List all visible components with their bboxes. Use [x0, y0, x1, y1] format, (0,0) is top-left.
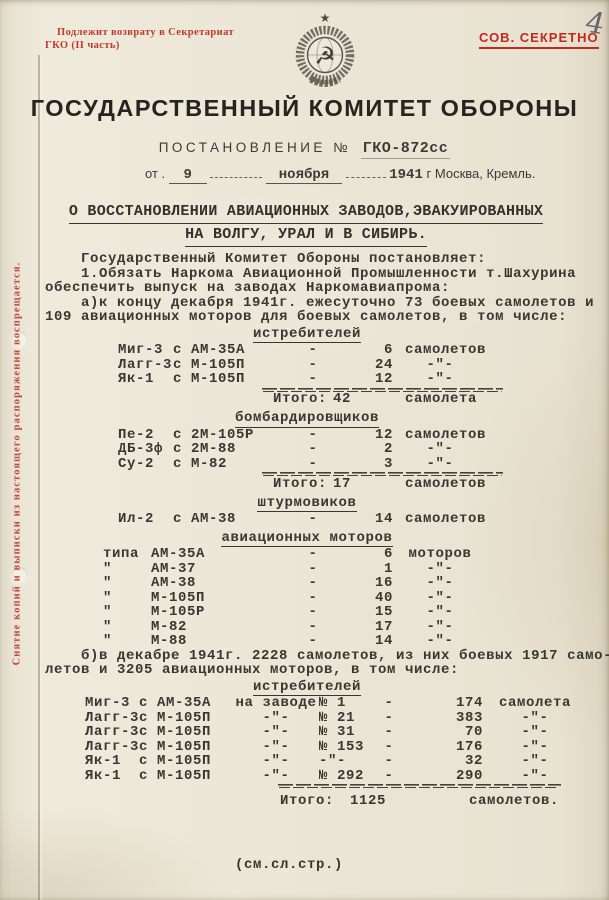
total-rule	[278, 784, 561, 789]
date-day: 9	[169, 167, 207, 184]
fighters-daily-table: Миг-3с АМ-35А-6самолетовЛагг-3с М-105П-2…	[45, 343, 569, 387]
table-row: Як-1с М-105П-"--"--32-"-	[45, 754, 569, 769]
continuation-note: (см.сл.стр.)	[235, 857, 569, 873]
date-leader	[210, 166, 262, 178]
table-row: "М-82-17-"-	[45, 620, 569, 635]
decree-heading: ПОСТАНОВЛЕНИЕ № ГКО-872сс	[0, 139, 609, 157]
body-text-line: 109 авиационных моторов для боевых самол…	[45, 310, 569, 325]
intro-paragraph: Государственный Комитет Обороны постанов…	[45, 252, 569, 325]
table-row: "М-88-14-"-	[45, 634, 569, 649]
table-row: Лагг-3с М-105П-24-"-	[45, 358, 569, 373]
table-row: Як-1с М-105П-"-№ 292-290-"-	[45, 769, 569, 784]
margin-prohibition-stamp: Снятие копий и выписки из настоящего рас…	[12, 225, 23, 703]
table-row: Миг-3с АМ-35А-6самолетов	[45, 343, 569, 358]
paper-fold-crease	[38, 55, 40, 900]
date-place: Москва, Кремль.	[435, 166, 536, 181]
bombers-daily-table: Пе-2с 2М-105Р-12самолетовДБ-3фс 2М-88-2-…	[45, 428, 569, 472]
return-note-stamp: Подлежит возврату в Секретариат ГКО (II …	[57, 26, 234, 52]
date-prefix: от .	[145, 166, 165, 181]
table-row: "АМ-38-16-"-	[45, 576, 569, 591]
date-year-suffix: г	[426, 166, 431, 181]
section-heading-engines: авиационных моторов	[45, 530, 569, 548]
table-row: Ил-2с АМ-38-14самолетов	[45, 512, 569, 527]
decree-number: ГКО-872сс	[361, 140, 451, 159]
section-heading-bombers: бомбардировщиков	[45, 410, 569, 428]
body-text-line: летов и 3205 авиационных моторов, в том …	[45, 663, 569, 678]
secrecy-stamp: СОВ. СЕКРЕТНО	[479, 30, 599, 49]
star-icon: ★	[320, 11, 331, 25]
table-row: типаАМ-35А-6моторов	[45, 547, 569, 562]
body-text-line: обеспечить выпуск на заводах Наркомавиап…	[45, 281, 569, 296]
table-row: Су-2с М-82-3-"-	[45, 457, 569, 472]
document-title-line1: О ВОССТАНОВЛЕНИИ АВИАЦИОННЫХ ЗАВОДОВ,ЭВА…	[69, 201, 543, 224]
paragraph-december: б)в декабре 1941г. 2228 самолетов, из ни…	[45, 649, 569, 678]
table-row: Лагг-3с М-105П-"-№ 21-383-"-	[45, 711, 569, 726]
body-text-line: Государственный Комитет Обороны постанов…	[45, 252, 569, 267]
date-month: ноября	[266, 167, 342, 184]
table-row: "АМ-37-1-"-	[45, 562, 569, 577]
handwritten-page-number: 4	[582, 5, 609, 41]
table-row: "М-105Р-15-"-	[45, 605, 569, 620]
section-heading-fighters: истребителей	[45, 326, 569, 344]
organization-title: ГОСУДАРСТВЕННЫЙ КОМИТЕТ ОБОРОНЫ	[0, 95, 609, 122]
document-page: Снятие копий и выписки из настоящего рас…	[0, 0, 609, 900]
hammer-and-sickle-icon: ☭	[314, 42, 336, 70]
table-row: Пе-2с 2М-105Р-12самолетов	[45, 428, 569, 443]
section-heading-attack-aircraft: штурмовиков	[45, 495, 569, 513]
table-row: "М-105П-40-"-	[45, 591, 569, 606]
table-row: Лагг-3с М-105П-"-№ 31-70-"-	[45, 725, 569, 740]
return-note-line1: Подлежит возврату в Секретариат	[57, 26, 234, 39]
document-title: О ВОССТАНОВЛЕНИИ АВИАЦИОННЫХ ЗАВОДОВ,ЭВА…	[45, 201, 567, 247]
fighters-december-table: Миг-3с АМ-35Ана заводе№ 1-174самолетаЛаг…	[45, 696, 569, 783]
table-row: ДБ-3фс 2М-88-2-"-	[45, 442, 569, 457]
ussr-coat-of-arms-icon: ★ ☭	[288, 8, 362, 99]
document-title-line2: НА ВОЛГУ, УРАЛ И В СИБИРЬ.	[185, 224, 427, 247]
section-heading-fighters-december: истребителей	[45, 679, 569, 697]
body-text-line: а)к концу декабря 1941г. ежесуточно 73 б…	[45, 296, 569, 311]
body-text-line: 1.Обязать Наркома Авиационной Промышленн…	[45, 267, 569, 282]
date-leader	[346, 166, 386, 178]
return-note-line2: ГКО (II часть)	[45, 39, 234, 52]
date-line: от . 9 ноября 1941 г Москва, Кремль.	[145, 166, 535, 184]
table-row: Миг-3с АМ-35Ана заводе№ 1-174самолета	[45, 696, 569, 711]
bombers-daily-total: Итого:17самолетов	[273, 477, 569, 492]
engines-daily-table: типаАМ-35А-6моторов"АМ-37-1-"-"АМ-38-16-…	[45, 547, 569, 649]
body-text-line: б)в декабре 1941г. 2228 самолетов, из ни…	[45, 649, 569, 664]
attack-daily-table: Ил-2с АМ-38-14самолетов	[45, 512, 569, 527]
table-row: Як-1с М-105П-12-"-	[45, 372, 569, 387]
table-row: Лагг-3с М-105П-"-№ 153-176-"-	[45, 740, 569, 755]
document-body: Государственный Комитет Обороны постанов…	[45, 252, 569, 873]
fighters-daily-total: Итого:42самолета	[273, 392, 569, 407]
date-year: 1941	[389, 167, 423, 183]
fighters-december-total: Итого:1125самолетов.	[280, 794, 569, 809]
decree-label: ПОСТАНОВЛЕНИЕ №	[159, 140, 351, 155]
